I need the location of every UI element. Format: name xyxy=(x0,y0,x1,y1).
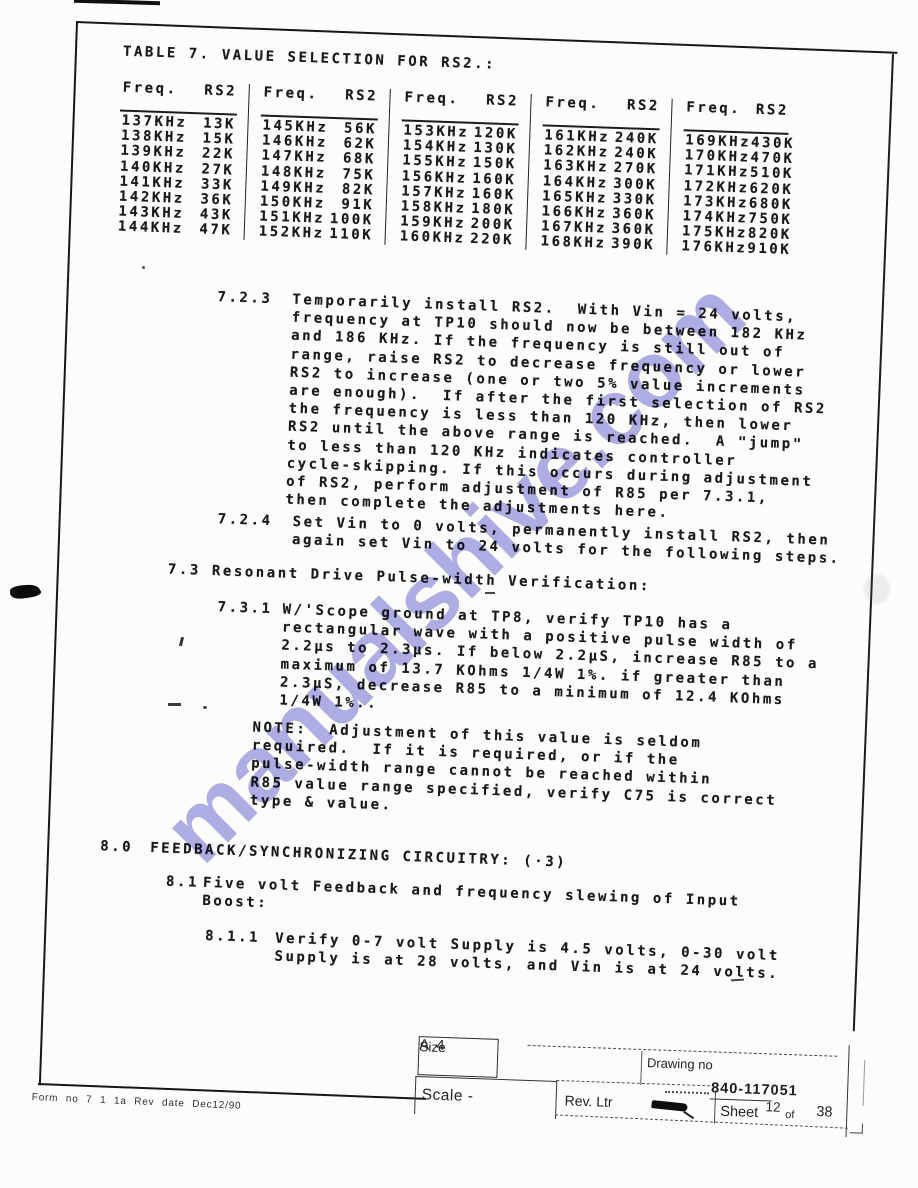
section-line: FEEDBACK/SYNCHRONIZING CIRCUITRY: (·3) xyxy=(150,839,568,872)
freq-cell: 152KHz xyxy=(259,225,325,242)
table-column-group: Freq.RS2137KHz13K138KHz15K139KHz22K140KH… xyxy=(118,80,250,240)
table-column-group: Freq.RS2161KHz240K162KHz240K163KHz270K16… xyxy=(526,94,672,254)
table-row: 160KHz220K xyxy=(399,230,514,249)
table-header-row: Freq.RS2 xyxy=(404,89,519,110)
rev-ltr-label: Rev. Ltr xyxy=(564,1092,613,1110)
section-number: 7.2.4 xyxy=(217,510,273,530)
section-body: NOTE: Adjustment of this value is seldom… xyxy=(250,719,780,828)
sheet-label: Sheet xyxy=(720,1104,758,1121)
form-footer-text: Form no 7 1 1a Rev date Dec12/90 xyxy=(31,1092,241,1113)
column-header-rs2: RS2 xyxy=(756,102,790,120)
section-body: FEEDBACK/SYNCHRONIZING CIRCUITRY: (·3) xyxy=(150,839,568,872)
title-block-line xyxy=(528,1045,838,1057)
rs2-cell: 220K xyxy=(470,232,514,249)
sheet-number: 12 xyxy=(765,1099,781,1115)
section-body: Five volt Feedback and frequency slewing… xyxy=(202,874,741,929)
rs2-cell: 910K xyxy=(747,242,791,259)
section-number: 7.2.3 xyxy=(217,288,273,308)
freq-cell: 144KHz xyxy=(118,220,184,237)
table-column-group: Freq.RS2153KHz120K154KHz130K155KHz150K15… xyxy=(385,89,531,249)
scale-label: Scale - xyxy=(421,1086,473,1106)
title-block-line xyxy=(710,1098,772,1101)
rs2-cell: 110K xyxy=(329,227,373,244)
size-cell: Size A 4 xyxy=(417,1036,498,1078)
section-number: 8.0 xyxy=(100,837,134,856)
table-row: 144KHz47K xyxy=(118,220,233,239)
section-body: W/'Scope ground at TP8, verify TP10 has … xyxy=(279,601,820,729)
rev-ltr-mark xyxy=(651,1100,688,1112)
section-number: 7.3.1 xyxy=(217,598,273,618)
column-header-rs2: RS2 xyxy=(627,97,661,115)
section-body: Verify 0-7 volt Supply is 4.5 volts, 0-3… xyxy=(274,929,780,983)
size-value: A 4 xyxy=(419,1037,447,1054)
section-number: 8.1 xyxy=(166,873,200,892)
drawing-no-label: Drawing no xyxy=(647,1055,713,1072)
title-block-line xyxy=(640,1051,642,1085)
section-number: 8.1.1 xyxy=(205,927,261,947)
table-header-row: Freq.RS2 xyxy=(263,85,378,106)
column-header-freq: Freq. xyxy=(404,89,459,108)
scale-cell: Scale - xyxy=(414,1076,557,1119)
column-header-freq: Freq. xyxy=(545,94,600,113)
section-body: Temporarily install RS2. With Vin = 24 v… xyxy=(285,291,830,528)
table-header-row: Freq.RS2 xyxy=(122,80,237,101)
freq-cell: 168KHz xyxy=(540,235,606,252)
section-number: 7.3 xyxy=(168,561,202,580)
table-header-row: Freq.RS2 xyxy=(686,99,789,120)
drawing-title-block: Size A 4 Drawing no Scale - Rev. Ltr 840… xyxy=(412,1030,918,1148)
section-line: Resonant Drive Pulse-width Verification: xyxy=(212,562,652,596)
column-header-rs2: RS2 xyxy=(345,87,379,105)
sheet-of-label: of xyxy=(785,1109,795,1121)
table-column-group: Freq.RS2169KHz430K170KHz470K171KHz510K17… xyxy=(667,99,800,259)
section-body: Resonant Drive Pulse-width Verification: xyxy=(212,562,652,596)
sheet-total: 38 xyxy=(816,1104,833,1121)
drawing-number: 840-117051 xyxy=(711,1080,798,1099)
rs2-cell: 47K xyxy=(199,223,232,239)
column-header-rs2: RS2 xyxy=(486,92,520,110)
table-row: 152KHz110K xyxy=(259,225,374,244)
freq-cell: 176KHz xyxy=(681,240,747,257)
table-title: TABLE 7. VALUE SELECTION FOR RS2.: xyxy=(123,43,497,74)
value-selection-table: Freq.RS2137KHz13K138KHz15K139KHz22K140KH… xyxy=(118,80,801,259)
title-block-line xyxy=(714,1091,716,1124)
column-header-freq: Freq. xyxy=(686,99,741,118)
table-column-group: Freq.RS2145KHz56K146KHz62K147KHz68K148KH… xyxy=(244,84,390,244)
rs2-cell: 390K xyxy=(611,237,655,254)
table-header-row: Freq.RS2 xyxy=(545,94,660,115)
column-header-freq: Freq. xyxy=(122,80,177,99)
column-header-rs2: RS2 xyxy=(204,82,238,100)
table-row: 176KHz910K xyxy=(681,240,784,259)
column-header-freq: Freq. xyxy=(263,85,318,104)
scan-artifact-ink-blob xyxy=(10,583,40,599)
scanned-manual-page: TABLE 7. VALUE SELECTION FOR RS2.: Freq.… xyxy=(0,0,918,1188)
table-row: 168KHz390K xyxy=(540,235,655,254)
page-content: TABLE 7. VALUE SELECTION FOR RS2.: Freq.… xyxy=(41,22,886,1080)
scan-artifact-top-edge xyxy=(74,0,160,5)
scan-artifact-corner xyxy=(850,1123,863,1133)
freq-cell: 160KHz xyxy=(399,230,465,247)
scan-artifact-line xyxy=(863,1060,866,1106)
